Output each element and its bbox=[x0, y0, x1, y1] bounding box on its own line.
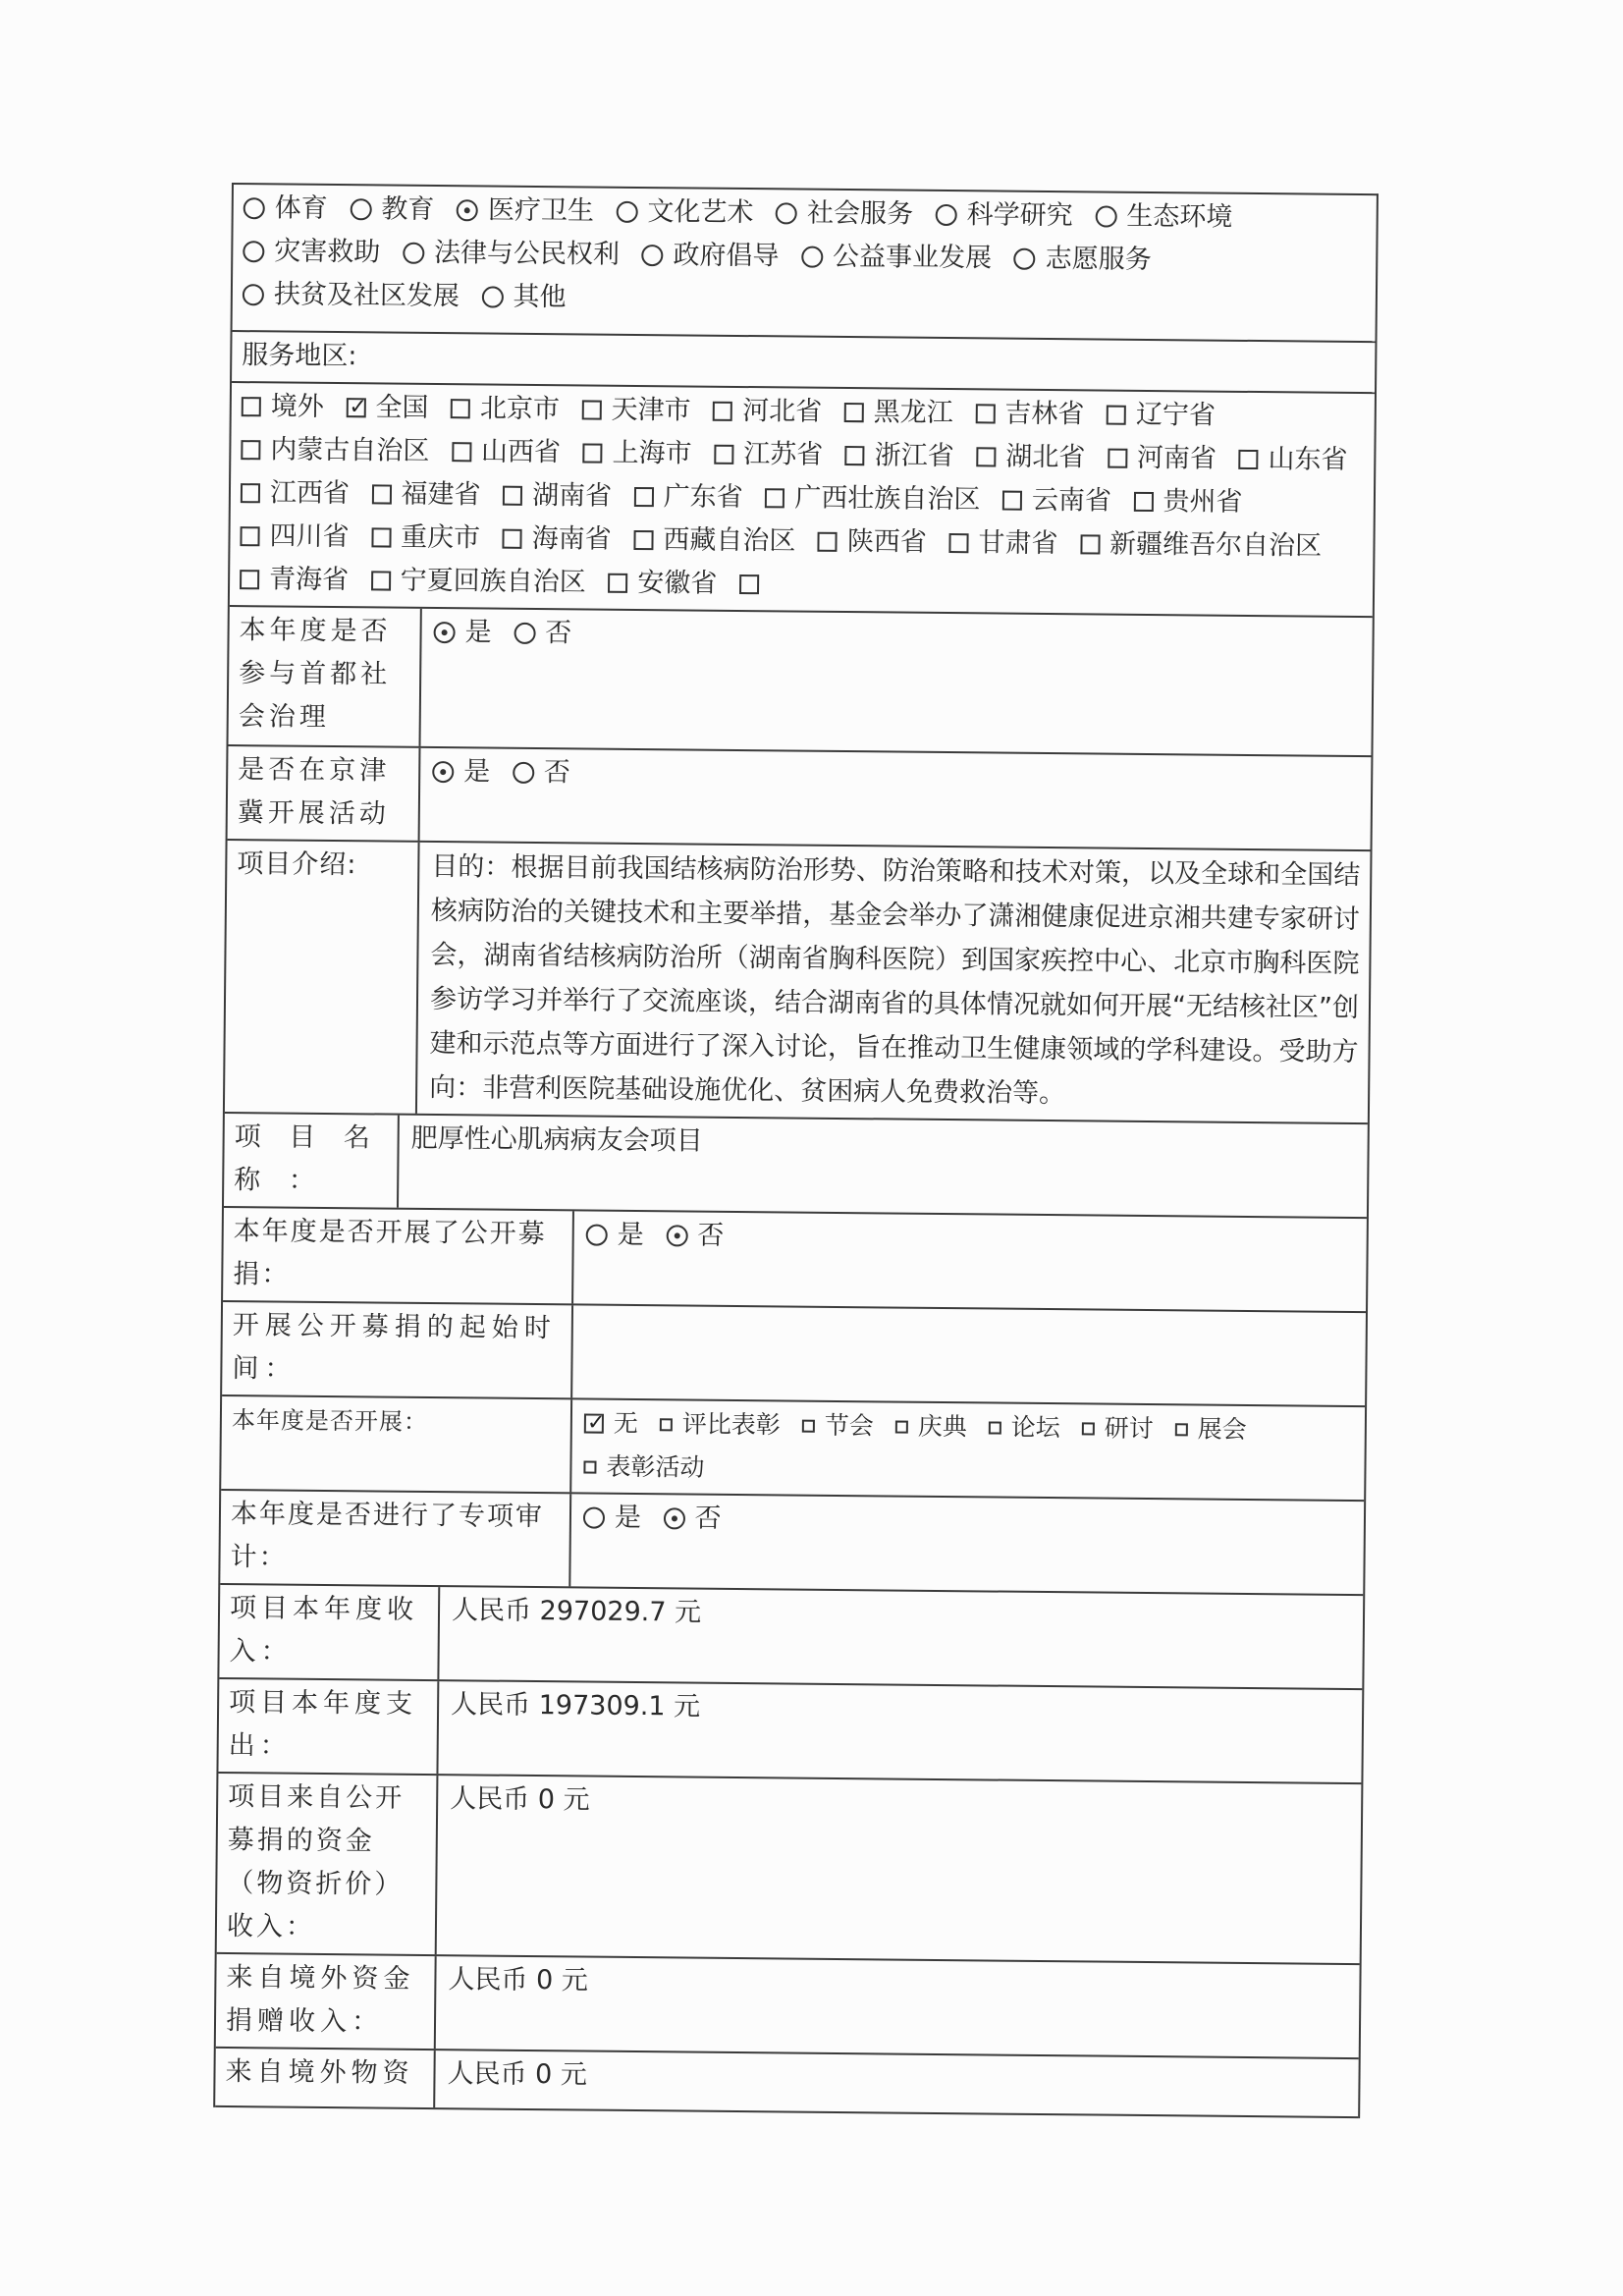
service-region-options: 境外 全国 北京市 天津市 河北省 黑龙江 吉林省 辽宁省 内蒙古自治区 山西省… bbox=[230, 383, 1375, 616]
region-option[interactable]: 山东省 bbox=[1238, 444, 1347, 475]
radio-icon[interactable] bbox=[616, 201, 637, 223]
checkbox-checked-icon[interactable] bbox=[346, 398, 365, 417]
checkbox-icon[interactable] bbox=[845, 446, 865, 465]
field-option[interactable]: 文化艺术 bbox=[616, 196, 753, 228]
field-option[interactable]: 生态环境 bbox=[1095, 200, 1232, 232]
region-option[interactable]: 河南省 bbox=[1108, 443, 1217, 474]
form-page: 体育 教育 医疗卫生 文化艺术 社会服务 科学研究 生态环境 灾害救助 法律与公… bbox=[213, 183, 1379, 2118]
activity-option[interactable]: 节会 bbox=[802, 1411, 874, 1441]
checkbox-icon[interactable] bbox=[895, 1421, 908, 1434]
field-option[interactable]: 教育 bbox=[350, 193, 434, 225]
public-fundraising-label: 本年度是否开展了公开募捐： bbox=[223, 1208, 574, 1303]
checkbox-icon[interactable] bbox=[739, 574, 759, 594]
checkbox-icon[interactable] bbox=[241, 483, 260, 503]
radio-selected-icon[interactable] bbox=[432, 761, 454, 783]
field-option[interactable]: 扶贫及社区发展 bbox=[243, 279, 460, 311]
region-option[interactable]: 江西省 bbox=[241, 477, 350, 509]
overseas-goods-value: 人民币 0 元 bbox=[435, 2050, 1359, 2116]
radio-icon[interactable] bbox=[776, 202, 797, 224]
region-option[interactable]: 河北省 bbox=[713, 396, 822, 427]
region-option[interactable]: 江苏省 bbox=[714, 439, 823, 470]
overseas-goods-row: 来自境外物资 人民币 0 元 bbox=[215, 2049, 1359, 2118]
public-fund-income-row: 项目来自公开募捐的资金（物资折价）收入： 人民币 0 元 bbox=[217, 1774, 1362, 1965]
checkbox-icon[interactable] bbox=[452, 442, 471, 462]
checkbox-icon[interactable] bbox=[503, 486, 522, 506]
radio-icon[interactable] bbox=[350, 198, 371, 220]
checkbox-icon[interactable] bbox=[989, 1421, 1001, 1434]
checkbox-icon[interactable] bbox=[241, 440, 260, 460]
radio-icon[interactable] bbox=[1014, 248, 1036, 270]
overseas-goods-label: 来自境外物资 bbox=[215, 2049, 436, 2107]
radio-selected-icon[interactable] bbox=[666, 1225, 687, 1246]
region-option[interactable]: 西藏自治区 bbox=[633, 524, 795, 557]
checkbox-icon[interactable] bbox=[634, 487, 654, 507]
yes-option[interactable]: 是 bbox=[583, 1502, 641, 1533]
fundraising-start-label: 开展公开募捐的起始时间： bbox=[222, 1302, 573, 1397]
checkbox-icon[interactable] bbox=[371, 527, 391, 547]
radio-icon[interactable] bbox=[243, 241, 264, 262]
checkbox-icon[interactable] bbox=[765, 488, 784, 508]
checkbox-icon[interactable] bbox=[1082, 1422, 1095, 1435]
activities-label: 本年度是否开展： bbox=[221, 1396, 572, 1492]
radio-icon[interactable] bbox=[801, 246, 823, 268]
activity-option[interactable]: 表彰活动 bbox=[583, 1452, 704, 1482]
radio-icon[interactable] bbox=[481, 286, 503, 307]
region-option[interactable]: 上海市 bbox=[582, 437, 691, 468]
radio-icon[interactable] bbox=[641, 245, 663, 266]
capital-governance-label: 本年度是否参与首都社会治理 bbox=[229, 607, 422, 746]
project-intro-label: 项目介绍: bbox=[225, 841, 420, 1114]
capital-governance-value: 是 否 bbox=[421, 609, 1373, 755]
radio-icon[interactable] bbox=[583, 1506, 605, 1528]
checkbox-icon[interactable] bbox=[240, 526, 259, 546]
checkbox-icon[interactable] bbox=[660, 1418, 673, 1431]
region-option[interactable]: 全国 bbox=[346, 392, 428, 423]
radio-icon[interactable] bbox=[586, 1225, 608, 1246]
checkbox-icon[interactable] bbox=[608, 574, 627, 593]
special-audit-value: 是 否 bbox=[570, 1494, 1364, 1594]
radio-selected-icon[interactable] bbox=[457, 199, 478, 221]
radio-icon[interactable] bbox=[514, 623, 535, 644]
checkbox-icon[interactable] bbox=[451, 399, 470, 418]
field-option[interactable]: 志愿服务 bbox=[1014, 244, 1152, 275]
region-option[interactable]: 安徽省 bbox=[608, 568, 717, 599]
region-option[interactable]: 辽宁省 bbox=[1107, 400, 1216, 431]
activity-option[interactable]: 评比表彰 bbox=[660, 1409, 781, 1439]
checkbox-checked-icon[interactable] bbox=[584, 1414, 604, 1434]
expense-label: 项目本年度支出： bbox=[218, 1679, 439, 1774]
yes-option[interactable]: 是 bbox=[432, 756, 490, 788]
public-fundraising-value: 是 否 bbox=[573, 1211, 1367, 1311]
checkbox-icon[interactable] bbox=[371, 484, 391, 504]
region-option[interactable]: 广东省 bbox=[634, 481, 743, 513]
capital-governance-row: 本年度是否参与首都社会治理 是 否 bbox=[228, 607, 1372, 757]
region-option[interactable] bbox=[739, 569, 769, 599]
checkbox-icon[interactable] bbox=[583, 1461, 596, 1474]
special-audit-row: 本年度是否进行了专项审计： 是 否 bbox=[220, 1491, 1364, 1596]
field-option[interactable]: 体育 bbox=[243, 192, 328, 224]
checkbox-icon[interactable] bbox=[582, 443, 602, 463]
region-option[interactable]: 湖北省 bbox=[976, 441, 1085, 472]
checkbox-icon[interactable] bbox=[1175, 1423, 1188, 1436]
radio-icon[interactable] bbox=[243, 284, 264, 305]
field-option[interactable]: 公益事业发展 bbox=[801, 242, 992, 274]
yes-option[interactable]: 是 bbox=[433, 617, 491, 648]
field-option[interactable]: 法律与公民权利 bbox=[403, 238, 620, 270]
activity-option[interactable]: 展会 bbox=[1175, 1414, 1247, 1444]
public-fund-income-value: 人民币 0 元 bbox=[437, 1776, 1362, 1963]
region-option[interactable]: 重庆市 bbox=[371, 521, 480, 553]
special-audit-label: 本年度是否进行了专项审计： bbox=[220, 1491, 571, 1586]
service-region-row: 境外 全国 北京市 天津市 河北省 黑龙江 吉林省 辽宁省 内蒙古自治区 山西省… bbox=[230, 383, 1375, 618]
checkbox-icon[interactable] bbox=[503, 529, 522, 549]
field-option[interactable]: 其他 bbox=[481, 281, 566, 312]
checkbox-icon[interactable] bbox=[1133, 492, 1153, 512]
radio-selected-icon[interactable] bbox=[663, 1507, 684, 1529]
field-option[interactable]: 政府倡导 bbox=[641, 240, 779, 271]
region-option[interactable]: 北京市 bbox=[451, 393, 560, 424]
region-option[interactable]: 甘肃省 bbox=[948, 527, 1057, 559]
checkbox-icon[interactable] bbox=[844, 403, 864, 422]
public-fundraising-row: 本年度是否开展了公开募捐： 是 否 bbox=[223, 1208, 1367, 1313]
region-option[interactable]: 陕西省 bbox=[818, 526, 927, 558]
checkbox-icon[interactable] bbox=[633, 530, 653, 550]
checkbox-icon[interactable] bbox=[371, 571, 391, 590]
fundraising-start-value[interactable] bbox=[572, 1305, 1366, 1405]
checkbox-icon[interactable] bbox=[714, 445, 733, 465]
project-name-row: 项 目 名 称 ： 肥厚性心肌病病友会项目 bbox=[224, 1114, 1368, 1219]
region-option[interactable]: 浙江省 bbox=[845, 440, 954, 471]
jingjinji-value: 是 否 bbox=[420, 748, 1372, 849]
region-option[interactable]: 宁夏回族自治区 bbox=[371, 565, 586, 597]
service-field-options: 体育 教育 医疗卫生 文化艺术 社会服务 科学研究 生态环境 灾害救助 法律与公… bbox=[233, 185, 1377, 341]
project-info-table: 体育 教育 医疗卫生 文化艺术 社会服务 科学研究 生态环境 灾害救助 法律与公… bbox=[213, 183, 1379, 2118]
expense-row: 项目本年度支出： 人民币 197309.1 元 bbox=[218, 1679, 1362, 1784]
region-option[interactable]: 吉林省 bbox=[975, 398, 1084, 429]
checkbox-icon[interactable] bbox=[240, 570, 259, 589]
region-option[interactable]: 境外 bbox=[242, 391, 324, 422]
project-intro-row: 项目介绍: 目的：根据目前我国结核病防治形势、防治策略和技术对策，以及全球和全国… bbox=[225, 841, 1371, 1124]
expense-value: 人民币 197309.1 元 bbox=[438, 1681, 1362, 1782]
income-value: 人民币 297029.7 元 bbox=[439, 1587, 1363, 1688]
region-option[interactable]: 内蒙古自治区 bbox=[241, 434, 429, 466]
radio-icon[interactable] bbox=[1095, 205, 1116, 227]
checkbox-icon[interactable] bbox=[948, 533, 968, 553]
field-option[interactable]: 灾害救助 bbox=[243, 236, 380, 267]
radio-icon[interactable] bbox=[936, 204, 957, 226]
no-option[interactable]: 否 bbox=[666, 1220, 724, 1251]
region-option[interactable]: 四川省 bbox=[240, 520, 349, 552]
income-row: 项目本年度收入： 人民币 297029.7 元 bbox=[219, 1585, 1363, 1690]
yes-option[interactable]: 是 bbox=[586, 1220, 644, 1251]
income-label: 项目本年度收入： bbox=[219, 1585, 440, 1679]
field-option[interactable]: 医疗卫生 bbox=[457, 194, 594, 226]
public-fund-income-label: 项目来自公开募捐的资金（物资折价）收入： bbox=[217, 1774, 439, 1954]
activities-options: 无 评比表彰 节会 庆典 论坛 研讨 展会 表彰活动 bbox=[571, 1399, 1365, 1500]
jingjinji-label: 是否在京津冀开展活动 bbox=[228, 746, 421, 841]
service-field-row: 体育 教育 医疗卫生 文化艺术 社会服务 科学研究 生态环境 灾害救助 法律与公… bbox=[233, 185, 1377, 343]
region-option[interactable]: 新疆维吾尔自治区 bbox=[1080, 528, 1322, 561]
region-option[interactable]: 青海省 bbox=[240, 564, 349, 595]
region-option[interactable]: 广西壮族自治区 bbox=[765, 482, 980, 515]
checkbox-icon[interactable] bbox=[975, 404, 995, 423]
radio-icon[interactable] bbox=[513, 762, 534, 784]
region-option[interactable]: 山西省 bbox=[452, 436, 561, 467]
checkbox-icon[interactable] bbox=[818, 532, 838, 552]
project-intro-text: 目的：根据目前我国结核病防治形势、防治策略和技术对策，以及全球和全国结核病防治的… bbox=[417, 843, 1371, 1122]
overseas-cash-value: 人民币 0 元 bbox=[436, 1956, 1360, 2057]
region-option[interactable]: 云南省 bbox=[1002, 485, 1111, 517]
activity-option[interactable]: 无 bbox=[584, 1409, 638, 1439]
checkbox-icon[interactable] bbox=[802, 1420, 815, 1433]
region-option[interactable]: 贵州省 bbox=[1133, 486, 1242, 518]
radio-icon[interactable] bbox=[403, 243, 424, 264]
region-option[interactable]: 海南省 bbox=[503, 523, 612, 555]
checkbox-icon[interactable] bbox=[1108, 449, 1127, 468]
checkbox-icon[interactable] bbox=[1107, 406, 1126, 425]
field-option[interactable]: 社会服务 bbox=[776, 197, 913, 229]
no-option[interactable]: 否 bbox=[513, 757, 570, 789]
activity-option[interactable]: 论坛 bbox=[989, 1412, 1060, 1442]
jingjinji-row: 是否在京津冀开展活动 是 否 bbox=[228, 746, 1372, 851]
overseas-cash-row: 来自境外资金捐赠收入： 人民币 0 元 bbox=[216, 1954, 1360, 2059]
project-name-label: 项 目 名 称 ： bbox=[224, 1114, 400, 1208]
checkbox-icon[interactable] bbox=[976, 447, 996, 466]
activities-row: 本年度是否开展： 无 评比表彰 节会 庆典 论坛 研讨 展会 表彰活动 bbox=[221, 1396, 1365, 1502]
checkbox-icon[interactable] bbox=[713, 402, 732, 421]
checkbox-icon[interactable] bbox=[581, 400, 601, 419]
checkbox-icon[interactable] bbox=[1080, 534, 1100, 554]
service-region-label: 服务地区: bbox=[232, 332, 1375, 392]
radio-selected-icon[interactable] bbox=[434, 622, 456, 643]
overseas-cash-label: 来自境外资金捐赠收入： bbox=[216, 1954, 437, 2049]
checkbox-icon[interactable] bbox=[242, 397, 261, 416]
region-option[interactable]: 黑龙江 bbox=[844, 397, 953, 428]
checkbox-icon[interactable] bbox=[1238, 450, 1258, 469]
radio-icon[interactable] bbox=[243, 197, 265, 219]
region-option[interactable]: 湖南省 bbox=[503, 480, 612, 512]
activity-option[interactable]: 庆典 bbox=[895, 1412, 967, 1442]
fundraising-start-row: 开展公开募捐的起始时间： bbox=[222, 1302, 1366, 1407]
no-option[interactable]: 否 bbox=[663, 1503, 721, 1534]
checkbox-icon[interactable] bbox=[1002, 491, 1022, 511]
project-name-value: 肥厚性心肌病病友会项目 bbox=[399, 1116, 1368, 1217]
activity-option[interactable]: 研讨 bbox=[1082, 1413, 1154, 1443]
region-option[interactable]: 福建省 bbox=[371, 478, 480, 510]
no-option[interactable]: 否 bbox=[514, 618, 571, 649]
field-option[interactable]: 科学研究 bbox=[936, 199, 1073, 231]
region-option[interactable]: 天津市 bbox=[581, 394, 690, 425]
